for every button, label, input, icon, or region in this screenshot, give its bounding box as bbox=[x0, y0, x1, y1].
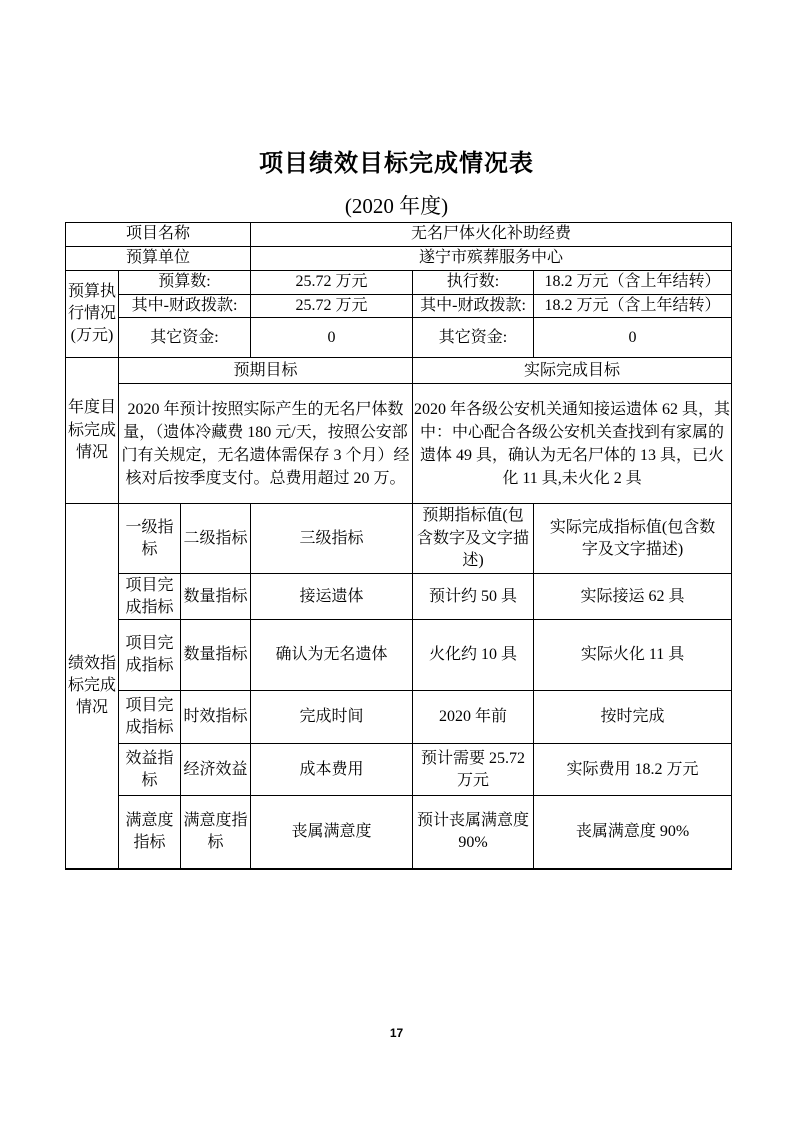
table-row: 其它资金: 0 其它资金: 0 bbox=[66, 318, 732, 358]
indicator-expected-value: 火化约 10 具 bbox=[413, 620, 534, 691]
indicator-expected-value: 预计约 50 具 bbox=[413, 574, 534, 620]
indicator-header-actual: 实际完成指标值(包含数字及文字描述) bbox=[534, 504, 732, 574]
table-row: 预算执行情况(万元) 预算数: 25.72 万元 执行数: 18.2 万元（含上… bbox=[66, 271, 732, 295]
indicator-expected-value: 预计丧属满意度 90% bbox=[413, 796, 534, 869]
indicator-actual-value: 实际火化 11 具 bbox=[534, 620, 732, 691]
other-funds-value: 0 bbox=[251, 318, 413, 358]
indicator-expected-value: 2020 年前 bbox=[413, 691, 534, 744]
table-row: 其中-财政拨款: 25.72 万元 其中-财政拨款: 18.2 万元（含上年结转… bbox=[66, 295, 732, 318]
indicator-header-level2: 二级指标 bbox=[181, 504, 251, 574]
budget-amount-label: 预算数: bbox=[119, 271, 251, 295]
page-number: 17 bbox=[0, 1026, 793, 1040]
expected-goal-text: 2020 年预计按照实际产生的无名尸体数量，（遗体冷藏费 180 元/天，按照公… bbox=[119, 384, 413, 504]
indicator-level3: 丧属满意度 bbox=[251, 796, 413, 869]
fiscal-allocation-exec-label: 其中-财政拨款: bbox=[413, 295, 534, 318]
indicator-level3: 接运遗体 bbox=[251, 574, 413, 620]
indicator-actual-value: 按时完成 bbox=[534, 691, 732, 744]
table-row: 项目完成指标 时效指标 完成时间 2020 年前 按时完成 bbox=[66, 691, 732, 744]
table-row: 绩效指标完成情况 一级指标 二级指标 三级指标 预期指标值(包含数字及文字描述)… bbox=[66, 504, 732, 574]
page-title: 项目绩效目标完成情况表 bbox=[0, 143, 793, 178]
budget-section-label: 预算执行情况(万元) bbox=[66, 271, 119, 358]
performance-table: 项目名称 无名尸体火化补助经费 预算单位 遂宁市殡葬服务中心 预算执行情况(万元… bbox=[65, 222, 732, 870]
table-row: 项目完成指标 数量指标 接运遗体 预计约 50 具 实际接运 62 具 bbox=[66, 574, 732, 620]
indicator-actual-value: 实际接运 62 具 bbox=[534, 574, 732, 620]
fiscal-allocation-value: 25.72 万元 bbox=[251, 295, 413, 318]
indicator-level3: 完成时间 bbox=[251, 691, 413, 744]
other-funds-exec-value: 0 bbox=[534, 318, 732, 358]
indicator-level2: 时效指标 bbox=[181, 691, 251, 744]
page-subtitle: (2020 年度) bbox=[0, 190, 793, 220]
indicator-section-label: 绩效指标完成情况 bbox=[66, 504, 119, 869]
actual-goal-header: 实际完成目标 bbox=[413, 358, 732, 384]
indicator-actual-value: 实际费用 18.2 万元 bbox=[534, 744, 732, 796]
annual-goal-section-label: 年度目标完成情况 bbox=[66, 358, 119, 504]
table-row: 满意度指标 满意度指标 丧属满意度 预计丧属满意度 90% 丧属满意度 90% bbox=[66, 796, 732, 869]
expected-goal-header: 预期目标 bbox=[119, 358, 413, 384]
fiscal-allocation-label: 其中-财政拨款: bbox=[119, 295, 251, 318]
document-page: 项目绩效目标完成情况表 (2020 年度) 项目名称 无名尸体火化补助经费 预算… bbox=[0, 0, 793, 1122]
indicator-level3: 确认为无名遗体 bbox=[251, 620, 413, 691]
indicator-level1: 效益指标 bbox=[119, 744, 181, 796]
other-funds-label: 其它资金: bbox=[119, 318, 251, 358]
indicator-level2: 数量指标 bbox=[181, 574, 251, 620]
budget-unit-value: 遂宁市殡葬服务中心 bbox=[251, 247, 732, 271]
indicator-level2: 满意度指标 bbox=[181, 796, 251, 869]
indicator-header-level3: 三级指标 bbox=[251, 504, 413, 574]
table-row: 年度目标完成情况 预期目标 实际完成目标 bbox=[66, 358, 732, 384]
indicator-level2: 经济效益 bbox=[181, 744, 251, 796]
actual-goal-text: 2020 年各级公安机关通知接运遗体 62 具，其中：中心配合各级公安机关查找到… bbox=[413, 384, 732, 504]
indicator-level2: 数量指标 bbox=[181, 620, 251, 691]
indicator-level1: 项目完成指标 bbox=[119, 620, 181, 691]
indicator-actual-value: 丧属满意度 90% bbox=[534, 796, 732, 869]
indicator-level1: 满意度指标 bbox=[119, 796, 181, 869]
indicator-level1: 项目完成指标 bbox=[119, 691, 181, 744]
table-row: 预算单位 遂宁市殡葬服务中心 bbox=[66, 247, 732, 271]
executed-amount-value: 18.2 万元（含上年结转） bbox=[534, 271, 732, 295]
indicator-header-expected: 预期指标值(包含数字及文字描述) bbox=[413, 504, 534, 574]
table-row: 2020 年预计按照实际产生的无名尸体数量，（遗体冷藏费 180 元/天，按照公… bbox=[66, 384, 732, 504]
table-row: 效益指标 经济效益 成本费用 预计需要 25.72 万元 实际费用 18.2 万… bbox=[66, 744, 732, 796]
table-row: 项目名称 无名尸体火化补助经费 bbox=[66, 223, 732, 247]
fiscal-allocation-exec-value: 18.2 万元（含上年结转） bbox=[534, 295, 732, 318]
indicator-level1: 项目完成指标 bbox=[119, 574, 181, 620]
other-funds-exec-label: 其它资金: bbox=[413, 318, 534, 358]
table-row: 项目完成指标 数量指标 确认为无名遗体 火化约 10 具 实际火化 11 具 bbox=[66, 620, 732, 691]
executed-amount-label: 执行数: bbox=[413, 271, 534, 295]
project-name-label: 项目名称 bbox=[66, 223, 251, 247]
project-name-value: 无名尸体火化补助经费 bbox=[251, 223, 732, 247]
budget-amount-value: 25.72 万元 bbox=[251, 271, 413, 295]
budget-unit-label: 预算单位 bbox=[66, 247, 251, 271]
indicator-level3: 成本费用 bbox=[251, 744, 413, 796]
indicator-expected-value: 预计需要 25.72 万元 bbox=[413, 744, 534, 796]
indicator-header-level1: 一级指标 bbox=[119, 504, 181, 574]
